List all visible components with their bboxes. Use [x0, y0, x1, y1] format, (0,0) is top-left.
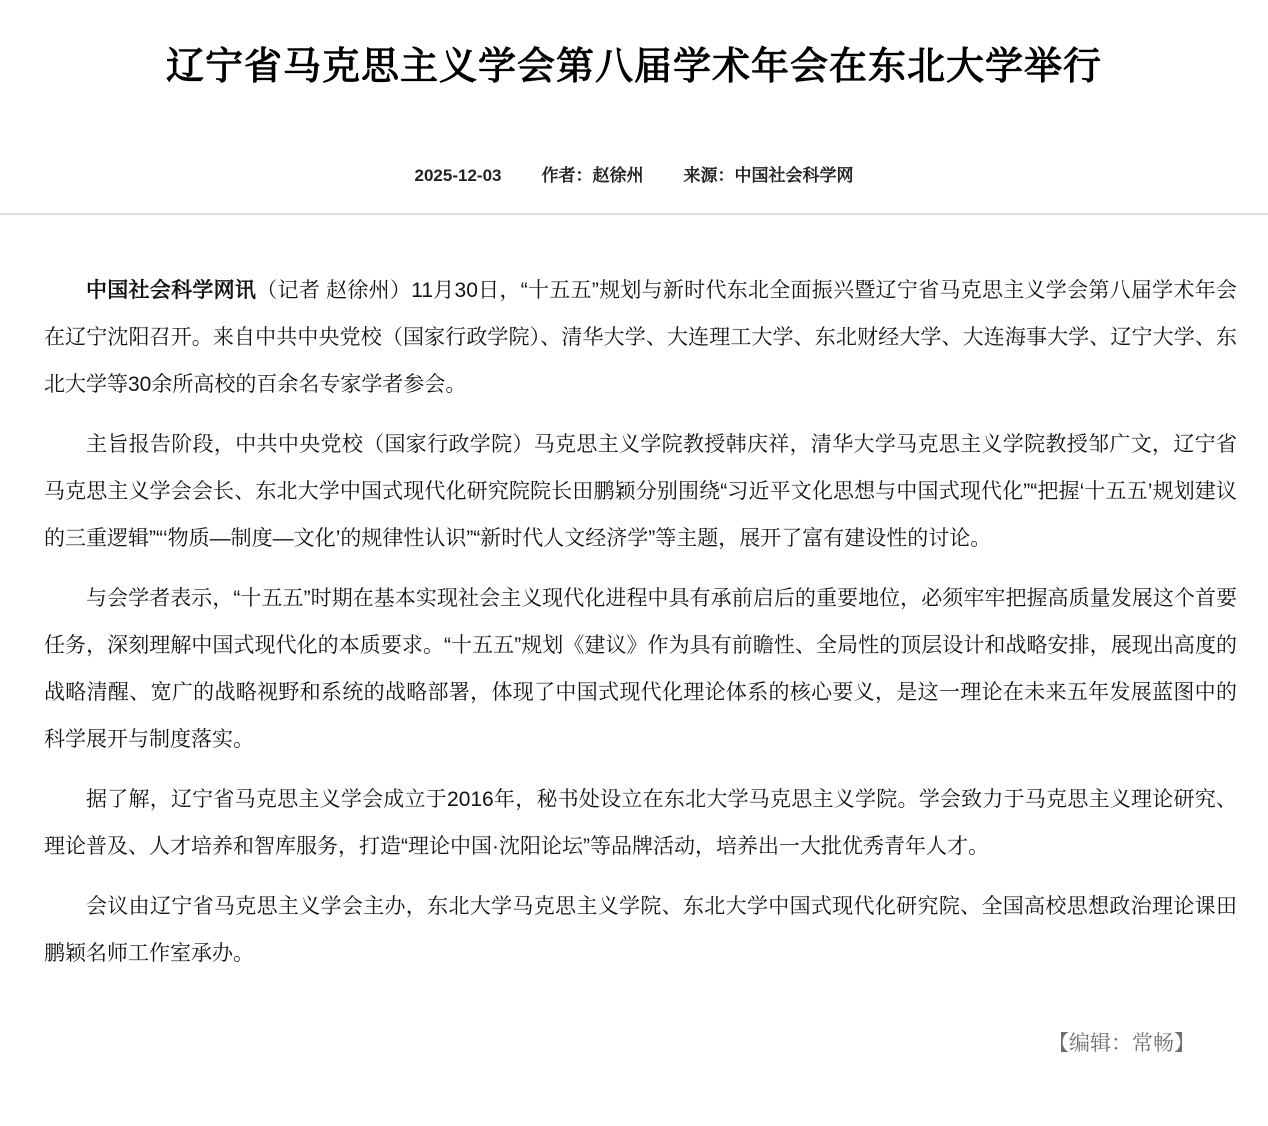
article-source: 来源：中国社会科学网: [683, 164, 853, 188]
editor-note: 【编辑：常畅】: [44, 1029, 1237, 1057]
article-paragraph-5: 会议由辽宁省马克思主义学会主办，东北大学马克思主义学院、东北大学中国式现代化研究…: [44, 883, 1237, 977]
article-body: 中国社会科学网讯（记者 赵徐州）11月30日，“十五五”规划与新时代东北全面振兴…: [0, 215, 1268, 1057]
article-page: 辽宁省马克思主义学会第八届学术年会在东北大学举行 2025-12-03 作者：赵…: [0, 0, 1268, 1126]
article-paragraph-1: 中国社会科学网讯（记者 赵徐州）11月30日，“十五五”规划与新时代东北全面振兴…: [44, 267, 1237, 408]
article-paragraph-4: 据了解，辽宁省马克思主义学会成立于2016年，秘书处设立在东北大学马克思主义学院…: [44, 776, 1237, 870]
article-header: 辽宁省马克思主义学会第八届学术年会在东北大学举行 2025-12-03 作者：赵…: [0, 0, 1268, 215]
article-paragraph-2: 主旨报告阶段，中共中央党校（国家行政学院）马克思主义学院教授韩庆祥，清华大学马克…: [44, 421, 1237, 562]
article-lead-bold: 中国社会科学网讯: [86, 279, 256, 302]
page-title: 辽宁省马克思主义学会第八届学术年会在东北大学举行: [0, 42, 1268, 92]
article-date: 2025-12-03: [415, 164, 502, 188]
article-author: 作者：赵徐州: [541, 164, 643, 188]
article-paragraph-3: 与会学者表示，“十五五”时期在基本实现社会主义现代化进程中具有承前启后的重要地位…: [44, 575, 1237, 763]
article-meta: 2025-12-03 作者：赵徐州 来源：中国社会科学网: [0, 164, 1268, 188]
